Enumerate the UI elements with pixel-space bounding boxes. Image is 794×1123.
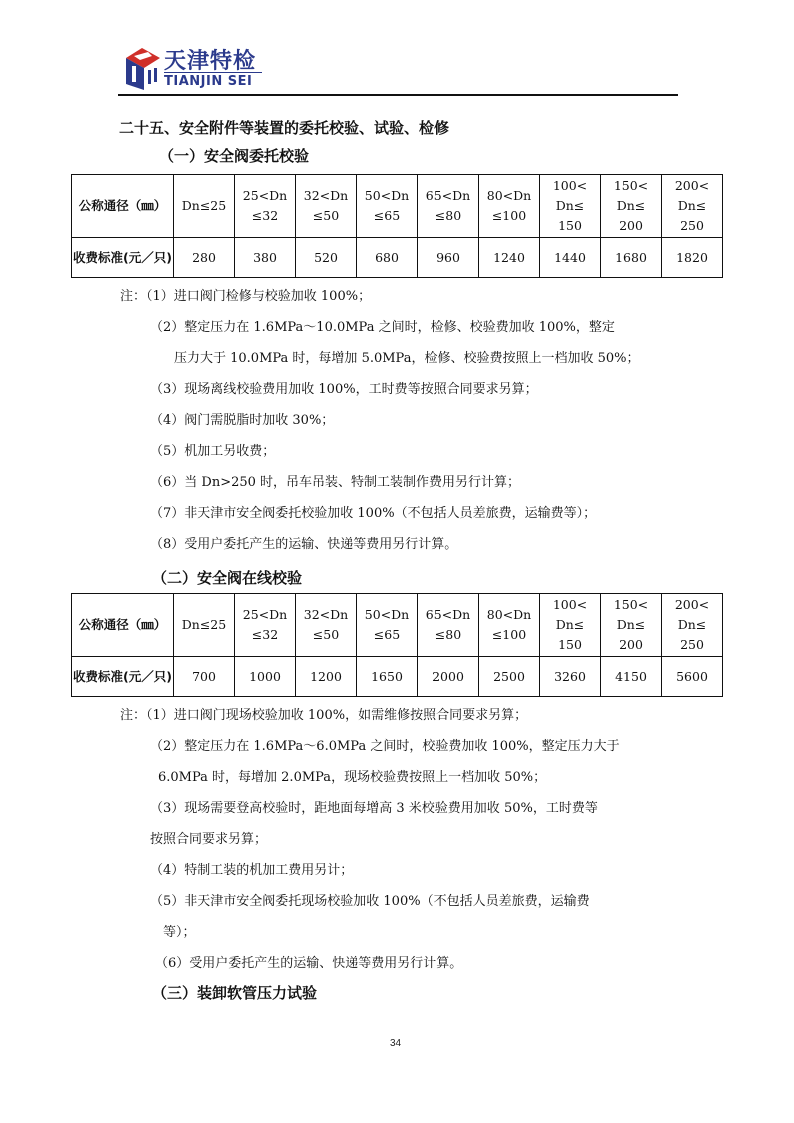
- table-cell: 280: [174, 238, 235, 278]
- table-cell: 3260: [540, 657, 601, 697]
- table-cell: 80<Dn≤100: [479, 594, 540, 657]
- table-cell: 700: [174, 657, 235, 697]
- note-line: （2）整定压力在 1.6MPa～6.0MPa 之间时，校验费加收 100%，整定…: [150, 738, 620, 756]
- table-cell: 1240: [479, 238, 540, 278]
- table-cell: 1200: [296, 657, 357, 697]
- table-cell: Dn≤25: [174, 594, 235, 657]
- subsection-title-3: （三）装卸软管压力试验: [152, 982, 317, 1003]
- row-header-diameter: 公称通径（㎜）: [72, 175, 174, 238]
- row-header-fee: 收费标准(元／只): [72, 657, 174, 697]
- table-cell: 1000: [235, 657, 296, 697]
- note-line: （2）整定压力在 1.6MPa～10.0MPa 之间时，检修、校验费加收 100…: [150, 319, 615, 337]
- page-number: 34: [390, 1038, 401, 1049]
- table-cell: 50<Dn≤65: [357, 175, 418, 238]
- table-cell: 960: [418, 238, 479, 278]
- note-line: （3）现场离线校验费用加收 100%，工时费等按照合同要求另算；: [150, 381, 538, 399]
- fee-table-commissioned: 公称通径（㎜） Dn≤25 25<Dn≤32 32<Dn≤50 50<Dn≤65…: [71, 174, 723, 278]
- table-cell: 32<Dn≤50: [296, 175, 357, 238]
- note-line: （4）阀门需脱脂时加收 30%；: [150, 412, 334, 430]
- row-header-diameter: 公称通径（㎜）: [72, 594, 174, 657]
- table-cell: 1820: [662, 238, 723, 278]
- note-line: （5）机加工另收费；: [150, 443, 275, 461]
- note-line: 按照合同要求另算；: [150, 831, 267, 849]
- subsection-title-1: （一）安全阀委托校验: [159, 145, 309, 166]
- note-line: （6）受用户委托产生的运输、快递等费用另行计算。: [155, 955, 462, 973]
- note-line: 压力大于 10.0MPa 时，每增加 5.0MPa，检修、校验费按照上一档加收 …: [174, 350, 640, 368]
- table-cell: 80<Dn≤100: [479, 175, 540, 238]
- note-line: （6）当 Dn>250 时，吊车吊装、特制工装制作费用另行计算；: [150, 474, 520, 492]
- table-cell: 5600: [662, 657, 723, 697]
- logo-divider: [164, 72, 262, 73]
- table-row-diameter: 公称通径（㎜） Dn≤25 25<Dn≤32 32<Dn≤50 50<Dn≤65…: [72, 594, 723, 657]
- table-cell: 1650: [357, 657, 418, 697]
- table-cell: 1440: [540, 238, 601, 278]
- table-cell: 1680: [601, 238, 662, 278]
- table-cell: 150<Dn≤200: [601, 175, 662, 238]
- row-header-fee: 收费标准(元／只): [72, 238, 174, 278]
- table-cell: 25<Dn≤32: [235, 175, 296, 238]
- table-cell: 100<Dn≤150: [540, 175, 601, 238]
- table-cell: Dn≤25: [174, 175, 235, 238]
- table-cell: 520: [296, 238, 357, 278]
- table-cell: 65<Dn≤80: [418, 175, 479, 238]
- note-line: （4）特制工装的机加工费用另计；: [150, 862, 353, 880]
- company-logo: 天津特检 TIANJIN SEI: [124, 42, 264, 94]
- note-line: 6.0MPa 时，每增加 2.0MPa，现场校验费按照上一档加收 50%；: [158, 769, 546, 787]
- section-title: 二十五、安全附件等装置的委托校验、试验、检修: [119, 117, 449, 138]
- note-line: 注：（1）进口阀门检修与校验加收 100%；: [120, 288, 371, 306]
- table-cell: 4150: [601, 657, 662, 697]
- logo-mark-icon: [124, 44, 162, 90]
- table-row-diameter: 公称通径（㎜） Dn≤25 25<Dn≤32 32<Dn≤50 50<Dn≤65…: [72, 175, 723, 238]
- note-line: 注：（1）进口阀门现场校验加收 100%，如需维修按照合同要求另算；: [120, 707, 527, 725]
- table-cell: 2500: [479, 657, 540, 697]
- table-cell: 65<Dn≤80: [418, 594, 479, 657]
- logo-text-en: TIANJIN SEI: [164, 74, 252, 89]
- table-cell: 200<Dn≤250: [662, 594, 723, 657]
- table-cell: 25<Dn≤32: [235, 594, 296, 657]
- page-header: 天津特检 TIANJIN SEI: [118, 38, 678, 94]
- header-rule: [118, 94, 678, 96]
- note-line: （8）受用户委托产生的运输、快递等费用另行计算。: [150, 536, 457, 554]
- logo-text-cn: 天津特检: [164, 44, 256, 75]
- note-line: （3）现场需要登高校验时，距地面每增高 3 米校验费用加收 50%，工时费等: [150, 800, 598, 818]
- table-cell: 50<Dn≤65: [357, 594, 418, 657]
- table-cell: 32<Dn≤50: [296, 594, 357, 657]
- table-cell: 2000: [418, 657, 479, 697]
- table-row-fee: 收费标准(元／只) 280 380 520 680 960 1240 1440 …: [72, 238, 723, 278]
- table-cell: 100<Dn≤150: [540, 594, 601, 657]
- fee-table-online: 公称通径（㎜） Dn≤25 25<Dn≤32 32<Dn≤50 50<Dn≤65…: [71, 593, 723, 697]
- subsection-title-2: （二）安全阀在线校验: [152, 567, 302, 588]
- note-line: （7）非天津市安全阀委托校验加收 100%（不包括人员差旅费，运输费等）；: [150, 505, 596, 523]
- table-cell: 150<Dn≤200: [601, 594, 662, 657]
- note-line: 等）；: [163, 924, 196, 942]
- note-line: （5）非天津市安全阀委托现场校验加收 100%（不包括人员差旅费，运输费: [150, 893, 590, 911]
- table-cell: 380: [235, 238, 296, 278]
- table-cell: 200<Dn≤250: [662, 175, 723, 238]
- table-cell: 680: [357, 238, 418, 278]
- table-row-fee: 收费标准(元／只) 700 1000 1200 1650 2000 2500 3…: [72, 657, 723, 697]
